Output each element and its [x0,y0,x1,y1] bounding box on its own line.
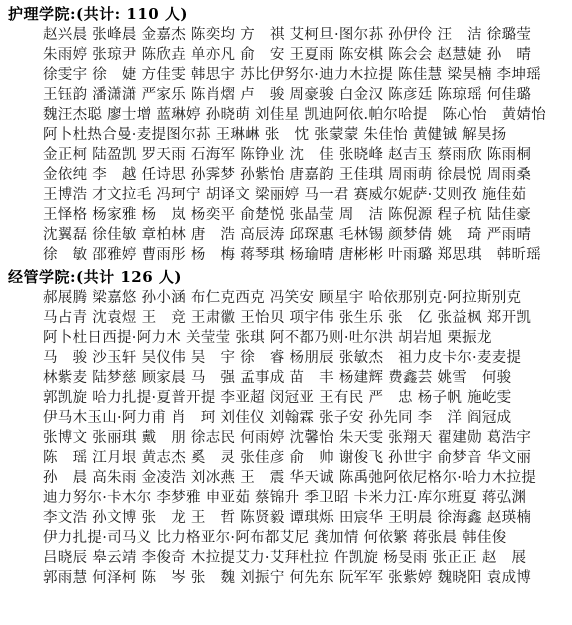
name-list-line: 迪力努尔·卡木尔 李梦雅 申亚茹 蔡锦升 季卫昭 卡米力江·库尔班夏 蒋弘渊 [8,488,566,508]
section-economics: 经管学院:(共计 126 人) 郝展腾 梁嘉悠 孙小涵 布仁克西克 冯笑安 顾星… [8,267,566,588]
name-list-line: 金正柯 陆盈凯 罗天雨 石海军 陈铮业 沈 佳 张晓峰 赵吉玉 蔡雨欣 陈雨桐 [8,145,566,165]
name-list-line: 朱雨婷 张琼尹 陈欣垚 单亦凡 俞 安 王夏雨 陈安棋 陈会会 赵慧婕 孙 晴 [8,45,566,65]
name-list-line: 赵兴晨 张峰晨 金嘉杰 陈奕均 方 祺 艾柯旦·图尔荪 孙伊伶 汪 洁 徐璐莹 [8,25,566,45]
name-list-line: 沈翼磊 徐佳敏 章柏林 唐 浩 高辰涛 邱琛惠 毛林锡 颜梦倩 姚 琦 严雨晴 [8,225,566,245]
name-list-line: 徐雯宇 徐 婕 方佳雯 韩思宇 苏比伊努尔·迪力木拉提 陈佳慧 梁昊楠 李坤瑶 [8,65,566,85]
name-list-line: 阿卜杜热合曼·麦提图尔荪 王琳崊 张 忱 张蒙蒙 朱佳怡 黄健铖 解昊扬 [8,125,566,145]
name-list-line: 郭凯旋 哈力扎提·夏普开提 李亚超 闵冠亚 王有民 严 忠 杨子帆 施屹雯 [8,388,566,408]
name-list-line: 阿卜杜日西提·阿力木 关莹莹 张琪 阿不都乃则·吐尔洪 胡岩旭 栗振龙 [8,328,566,348]
name-list-line: 陈 瑶 江月垠 黄志杰 奚 灵 张佳彦 俞 帅 谢俊飞 孙世宇 俞梦音 华文丽 [8,448,566,468]
name-list-line: 伊马木玉山·阿力甫 肖 珂 刘佳仪 刘翰霖 张子安 孙先同 李 洋 阎冠成 [8,408,566,428]
section-heading-nursing: 护理学院:(共计: 110 人) [8,4,566,25]
section-heading-economics: 经管学院:(共计 126 人) [8,267,566,288]
name-list-line: 吕晓辰 皋云靖 李俊奇 木拉提艾力·艾拜杜拉 仵凯旋 杨旻雨 张正正 赵 展 [8,548,566,568]
name-list-line: 金依纯 李 越 任诗思 孙霁梦 孙紫怡 唐嘉韵 王佳琪 周雨萌 徐晨悦 周雨桑 [8,165,566,185]
name-list-line: 王博浩 才文拉毛 冯珂宁 胡译文 梁丽婷 马一君 赛威尔妮萨·艾则孜 施佳茹 [8,185,566,205]
section-nursing: 护理学院:(共计: 110 人) 赵兴晨 张峰晨 金嘉杰 陈奕均 方 祺 艾柯旦… [8,4,566,265]
name-list-line: 李文浩 孙文博 张 龙 王 哲 陈贤毅 谭琪烁 田宸华 王明晨 徐海鑫 赵瑛楠 [8,508,566,528]
name-list-line: 魏汪杰聪 廖士增 蓝琳婷 孙晓萌 刘佳星 凯迪阿依.帕尔哈提 陈心怡 黄婧怡 [8,105,566,125]
document-page: 护理学院:(共计: 110 人) 赵兴晨 张峰晨 金嘉杰 陈奕均 方 祺 艾柯旦… [0,0,572,625]
name-list-line: 马 骏 沙玉轩 吴仪伟 吴 宇 徐 睿 杨朋辰 张敏杰 祖力皮卡尔·麦麦提 [8,348,566,368]
name-list-line: 王钰韵 潘潇潇 严家乐 陈肖熠 卢 骏 周豪骏 白金汉 陈彦廷 陈琼瑶 何佳璐 [8,85,566,105]
name-list-line: 徐 敏 邵雅婷 曹雨彤 杨 梅 蒋琴琪 杨瑜晴 唐彬彬 叶雨璐 郑思琪 韩昕瑶 [8,245,566,265]
name-list-line: 林紫麦 陆梦慈 顾家晨 马 强 孟事成 苗 丰 杨建辉 费鑫芸 姚雪 何骏 [8,368,566,388]
name-list-line: 孙 晨 高朱雨 金凌浩 刘冰燕 王 震 华天诚 陈禹弛阿依尼格尔·哈力木拉提 [8,468,566,488]
name-list-line: 伊力扎提·司马义 比力格亚尔·阿布都艾尼 龚加情 何依繁 蒋张晨 韩佳俊 [8,528,566,548]
name-list-line: 郭雨慧 何泽柯 陈 岑 张 魏 刘振宁 何先东 阮军军 张紫婷 魏晓阳 袁成博 [8,568,566,588]
name-list-line: 马占青 沈袁煜 王 竞 王肃徽 王怡贝 项宇伟 张生乐 张 亿 张益枫 郑开凯 [8,308,566,328]
name-list-line: 王怿格 杨家雅 杨 岚 杨奕平 俞楚悦 张晶莹 周 洁 陈倪源 程子杭 陆佳豪 [8,205,566,225]
name-list-line: 张博文 张丽琪 戴 朋 徐志民 何雨婷 沈馨怡 朱天雯 张翔天 翟建勋 葛浩宇 [8,428,566,448]
name-list-line: 郝展腾 梁嘉悠 孙小涵 布仁克西克 冯笑安 顾星宇 哈依那别克·阿拉斯别克 [8,288,566,308]
